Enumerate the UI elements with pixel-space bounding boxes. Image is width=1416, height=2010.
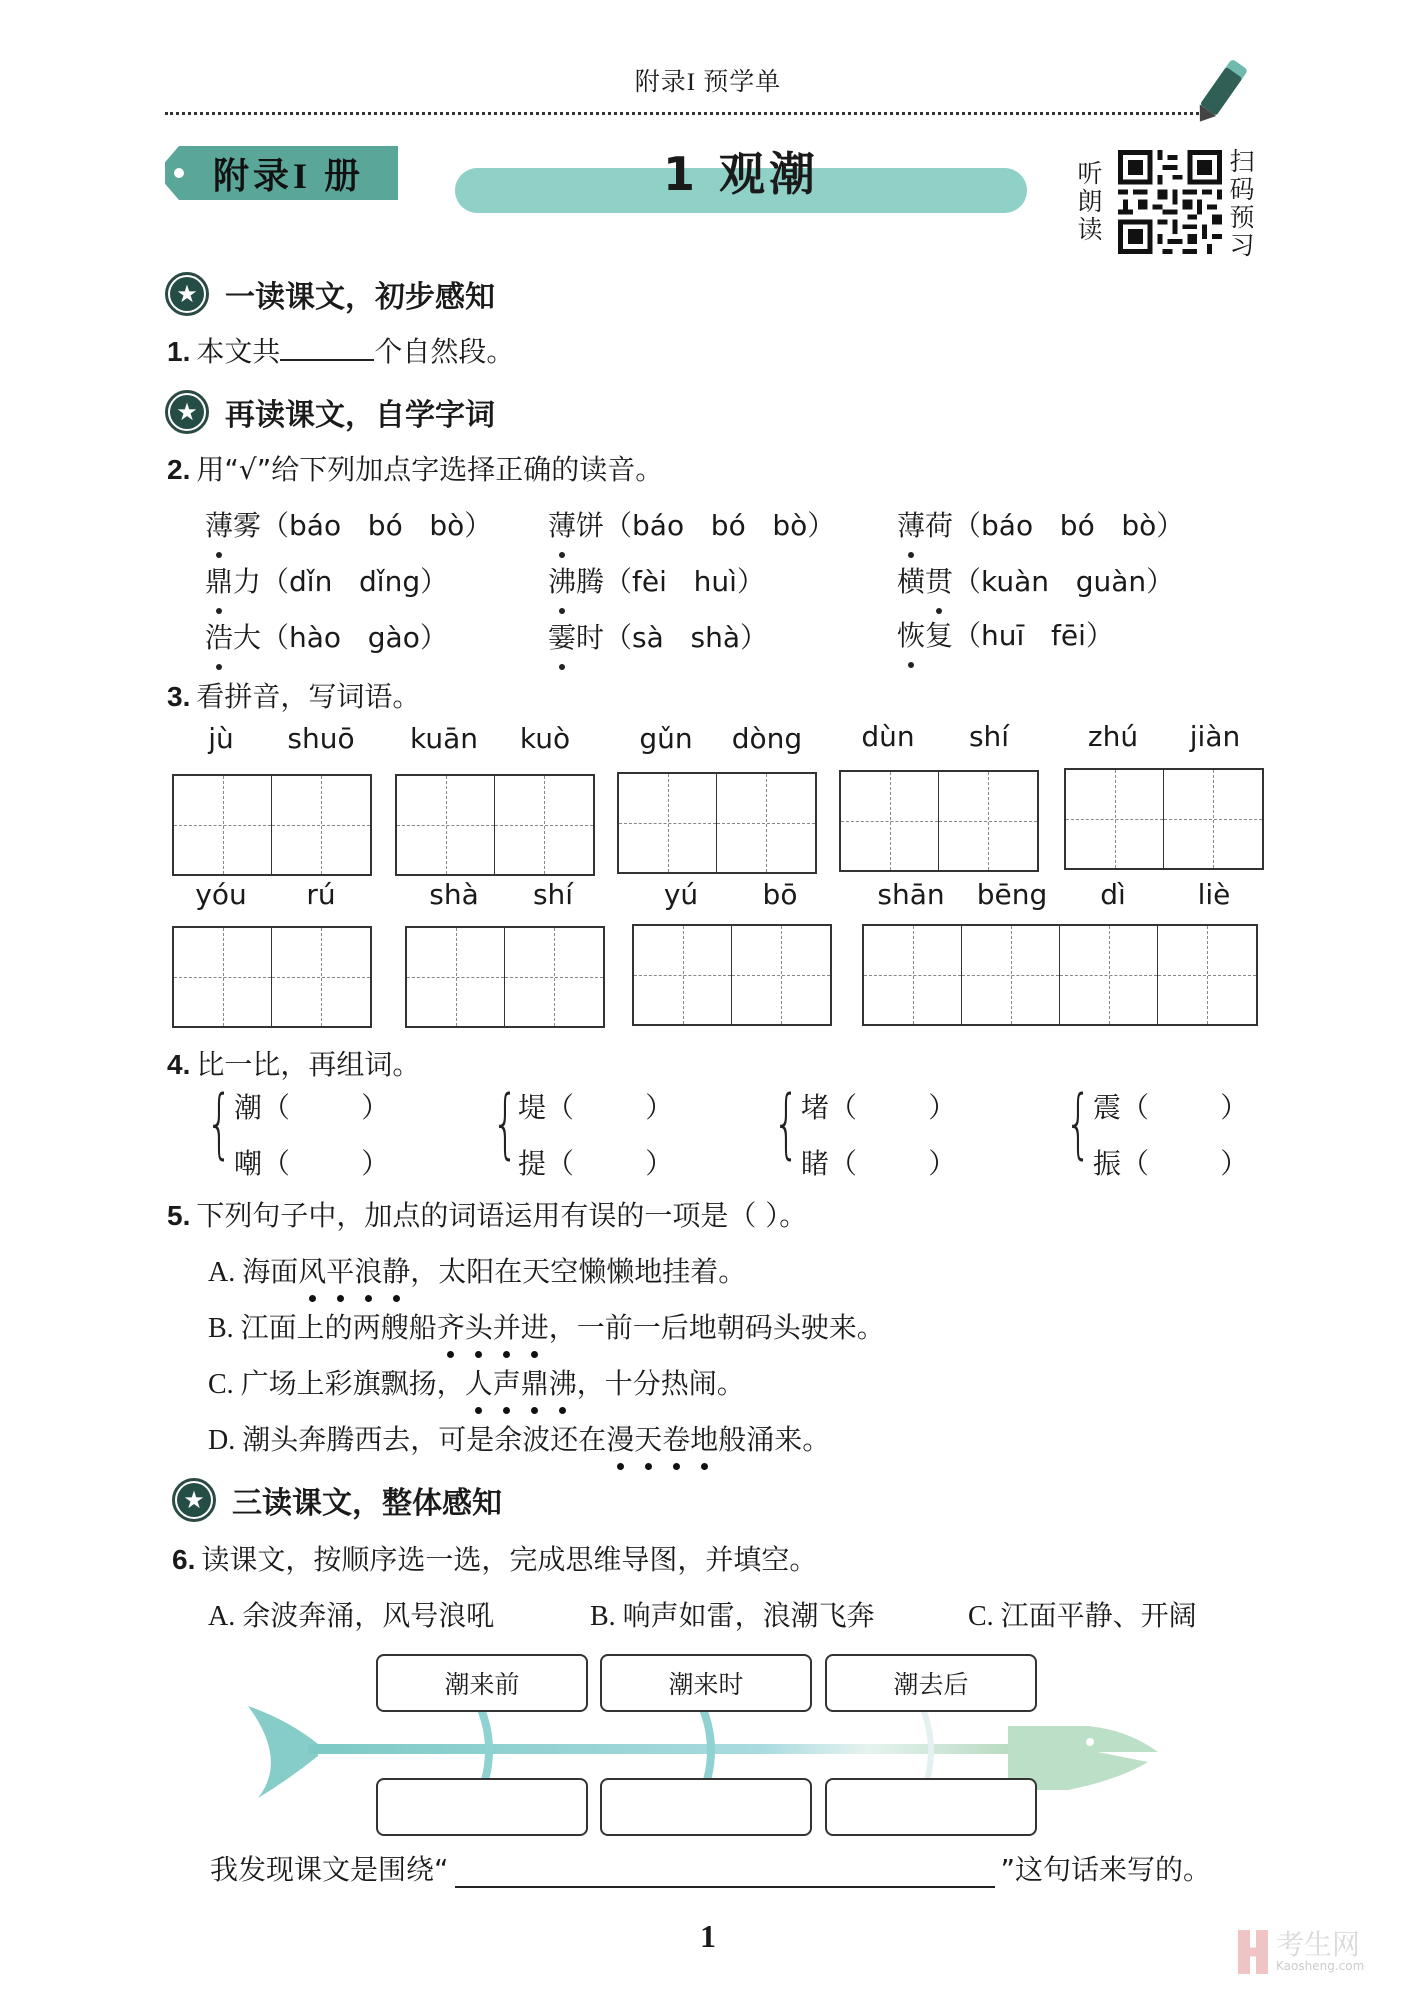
volume-tag: 附录I 册 — [165, 146, 398, 200]
pinyin-options: （kuàn guàn） — [953, 565, 1174, 598]
writing-cell[interactable] — [272, 928, 370, 1026]
word-pair-bottom[interactable]: 睹（ ） — [801, 1142, 956, 1182]
dotted-char: 恢 — [897, 619, 925, 652]
writing-cell[interactable] — [1066, 770, 1164, 868]
pronunciation-item[interactable]: 沸腾（fèi huì） — [548, 560, 765, 600]
pronunciation-item[interactable]: 薄雾（báo bó bò） — [205, 504, 492, 544]
header-divider — [165, 112, 1210, 115]
option-text: D. 潮头奔腾西去，可是余波还在 — [208, 1425, 606, 1456]
pinyin-label: dùn — [839, 720, 937, 753]
word-pair-top[interactable]: 堤（ ） — [518, 1086, 673, 1126]
pronunciation-item[interactable]: 薄荷（báo bó bò） — [897, 504, 1184, 544]
writing-grid[interactable] — [172, 926, 372, 1028]
dotted-char: 浩 — [205, 621, 233, 654]
question-6: 6.读课文，按顺序选一选，完成思维导图，并填空。 — [172, 1538, 817, 1578]
word-pair-top[interactable]: 震（ ） — [1093, 1086, 1248, 1126]
question-number: 1. — [167, 336, 190, 367]
emphasized-phrase: 风平浪静 — [298, 1257, 410, 1288]
dotted-char: 霎 — [548, 621, 576, 654]
question-number: 2. — [167, 454, 190, 485]
pinyin-options: （báo bó bò） — [953, 509, 1184, 542]
pronunciation-item[interactable]: 浩大（hào gào） — [205, 616, 448, 656]
pinyin-options: （fèi huì） — [604, 565, 765, 598]
section-heading-3: ★ 三读课文，整体感知 — [172, 1478, 502, 1522]
question-number: 3. — [167, 681, 190, 712]
pinyin-label: dì — [1064, 878, 1162, 911]
star-badge-icon: ★ — [165, 390, 209, 434]
question-number: 4. — [167, 1049, 190, 1080]
pinyin-label: shà — [405, 878, 503, 911]
question-text: 看拼音，写词语。 — [196, 680, 420, 713]
question-text: 下列句子中，加点的词语运用有误的一项是（ ）。 — [196, 1199, 807, 1232]
writing-cell[interactable] — [272, 776, 370, 874]
star-badge-icon: ★ — [165, 272, 209, 316]
question-text: 个自然段。 — [374, 335, 514, 368]
summary-suffix: ”这句话来写的。 — [1001, 1853, 1212, 1886]
word-pair-top[interactable]: 堵（ ） — [801, 1086, 956, 1126]
summary-prefix: 我发现课文是围绕“ — [210, 1853, 449, 1886]
option-text: ，十分热闹。 — [577, 1369, 745, 1400]
writing-cell[interactable] — [1158, 926, 1256, 1024]
brace-icon: { — [1065, 1078, 1092, 1168]
dotted-char: 鼎 — [205, 565, 233, 598]
pinyin-label: shuō — [272, 722, 370, 755]
writing-grid[interactable] — [1064, 768, 1264, 870]
tag-hole — [174, 168, 184, 178]
pinyin-options: （dǐn dǐng） — [261, 565, 448, 598]
dotted-char: 薄 — [548, 509, 576, 542]
running-header: 附录I 预学单 — [0, 62, 1416, 98]
watermark-logo-icon — [1238, 1930, 1268, 1974]
option-d[interactable]: D. 潮头奔腾西去，可是余波还在漫天卷地般涌来。 — [208, 1418, 830, 1458]
writing-cell[interactable] — [174, 928, 272, 1026]
summary-answer-blank[interactable] — [455, 1858, 995, 1888]
word-pair-bottom[interactable]: 提（ ） — [518, 1142, 673, 1182]
section-title: 一读课文，初步感知 — [225, 272, 495, 316]
volume-tag-label: 附录I 册 — [213, 148, 364, 199]
qr-listen-label: 听朗读 — [1076, 160, 1104, 244]
question-text: 比一比，再组词。 — [196, 1048, 420, 1081]
pronunciation-item[interactable]: 横贯（kuàn guàn） — [897, 560, 1174, 600]
option-c[interactable]: C. 广场上彩旗飘扬，人声鼎沸，十分热闹。 — [208, 1362, 745, 1402]
writing-cell[interactable] — [397, 776, 495, 874]
pinyin-label: jiàn — [1166, 720, 1264, 753]
word-pair-bottom[interactable]: 嘲（ ） — [234, 1142, 389, 1182]
question-text: 用“√”给下列加点字选择正确的读音。 — [196, 453, 663, 486]
watermark-url: Kaosheng.com — [1276, 1959, 1364, 1973]
writing-cell[interactable] — [634, 926, 732, 1024]
mindmap-stage-after: 潮去后 — [825, 1654, 1037, 1712]
question-text: 读课文，按顺序选一选，完成思维导图，并填空。 — [201, 1543, 817, 1576]
qr-code-icon[interactable] — [1118, 150, 1222, 254]
writing-cell[interactable] — [1164, 770, 1262, 868]
mindmap-answer-box[interactable] — [600, 1778, 812, 1836]
question-text: 本文共 — [196, 335, 280, 368]
qr-scan-label: 扫码预习 — [1228, 148, 1256, 260]
pronunciation-item[interactable]: 霎时（sà shà） — [548, 616, 768, 656]
summary-sentence: 我发现课文是围绕“”这句话来写的。 — [210, 1848, 1211, 1888]
pinyin-label: kuò — [496, 722, 594, 755]
brace-icon: { — [492, 1078, 519, 1168]
section-heading-2: ★ 再读课文，自学字词 — [165, 390, 495, 434]
pinyin-options: （huī fēi） — [953, 619, 1114, 652]
dotted-char: 沸 — [548, 565, 576, 598]
pinyin-label: bō — [731, 878, 829, 911]
pinyin-options: （báo bó bò） — [261, 509, 492, 542]
emphasized-phrase: 漫天卷地 — [606, 1425, 718, 1456]
writing-cell[interactable] — [174, 776, 272, 874]
writing-cell[interactable] — [962, 926, 1060, 1024]
option-text: ，一前一后地朝码头驶来。 — [549, 1313, 885, 1344]
option-text: 般涌来。 — [718, 1425, 830, 1456]
pinyin-options: （báo bó bò） — [604, 509, 835, 542]
writing-grid[interactable] — [405, 926, 605, 1028]
pinyin-options: （hào gào） — [261, 621, 448, 654]
question-number: 6. — [172, 1544, 195, 1575]
option-a[interactable]: A. 海面风平浪静，太阳在天空懒懒地挂着。 — [208, 1250, 746, 1290]
option-text: A. 海面 — [208, 1257, 298, 1288]
writing-grid[interactable] — [617, 772, 817, 874]
writing-cell[interactable] — [841, 772, 939, 870]
writing-cell[interactable] — [732, 926, 830, 1024]
question-number: 5. — [167, 1200, 190, 1231]
writing-grid[interactable] — [632, 924, 832, 1026]
writing-cell[interactable] — [1060, 926, 1158, 1024]
writing-cell[interactable] — [495, 776, 593, 874]
question-4: 4.比一比，再组词。 — [167, 1043, 420, 1083]
pronunciation-item[interactable]: 鼎力（dǐn dǐng） — [205, 560, 448, 600]
answer-blank[interactable] — [280, 335, 374, 361]
question-3: 3.看拼音，写词语。 — [167, 675, 420, 715]
pinyin-label: liè — [1165, 878, 1263, 911]
pinyin-label: zhú — [1064, 720, 1162, 753]
choice-c: C. 江面平静、开阔 — [968, 1594, 1197, 1634]
pinyin-label: kuān — [395, 722, 493, 755]
section-title: 三读课文，整体感知 — [232, 1478, 502, 1522]
mindmap-stage-before: 潮来前 — [376, 1654, 588, 1712]
question-1: 1.本文共个自然段。 — [167, 330, 514, 370]
pinyin-label: bēng — [963, 878, 1061, 911]
option-text: B. 江面上的两艘船 — [208, 1313, 437, 1344]
word-pair-top[interactable]: 潮（ ） — [234, 1086, 389, 1126]
pinyin-label: gǔn — [617, 722, 715, 755]
writing-grid[interactable] — [839, 770, 1039, 872]
choice-a: A. 余波奔涌，风号浪吼 — [208, 1594, 494, 1634]
star-badge-icon: ★ — [172, 1478, 216, 1522]
writing-cell[interactable] — [505, 928, 603, 1026]
mindmap-stage-during: 潮来时 — [600, 1654, 812, 1712]
option-text: C. 广场上彩旗飘扬， — [208, 1369, 465, 1400]
word-pair-bottom[interactable]: 振（ ） — [1093, 1142, 1248, 1182]
writing-cell[interactable] — [717, 774, 815, 872]
pinyin-label: shí — [504, 878, 602, 911]
option-b[interactable]: B. 江面上的两艘船齐头并进，一前一后地朝码头驶来。 — [208, 1306, 885, 1346]
writing-grid[interactable] — [172, 774, 372, 876]
question-2: 2.用“√”给下列加点字选择正确的读音。 — [167, 448, 663, 488]
page-number: 1 — [0, 1918, 1416, 1955]
option-text: ，太阳在天空懒懒地挂着。 — [410, 1257, 746, 1288]
pronunciation-item[interactable]: 恢复（huī fēi） — [897, 614, 1114, 654]
pinyin-label: yóu — [172, 878, 270, 911]
watermark: 考生网 Kaosheng.com — [1238, 1930, 1364, 1974]
writing-grid[interactable] — [395, 774, 595, 876]
pinyin-options: （sà shà） — [604, 621, 768, 654]
choice-b: B. 响声如雷，浪潮飞奔 — [590, 1594, 875, 1634]
brace-icon: { — [773, 1078, 800, 1168]
dotted-char: 薄 — [897, 509, 925, 542]
writing-cell[interactable] — [864, 926, 962, 1024]
pinyin-label: yú — [632, 878, 730, 911]
writing-cell[interactable] — [619, 774, 717, 872]
writing-cell[interactable] — [939, 772, 1037, 870]
pinyin-label: jù — [172, 722, 270, 755]
section-title: 再读课文，自学字词 — [225, 390, 495, 434]
dotted-char: 薄 — [205, 509, 233, 542]
pinyin-label: rú — [272, 878, 370, 911]
emphasized-phrase: 齐头并进 — [437, 1313, 549, 1344]
mindmap-answer-box[interactable] — [376, 1778, 588, 1836]
pinyin-label: dòng — [718, 722, 816, 755]
section-heading-1: ★ 一读课文，初步感知 — [165, 272, 495, 316]
emphasized-phrase: 人声鼎沸 — [465, 1369, 577, 1400]
brace-icon: { — [206, 1078, 233, 1168]
writing-grid[interactable] — [862, 924, 1258, 1026]
mindmap-answer-box[interactable] — [825, 1778, 1037, 1836]
dotted-char: 贯 — [925, 565, 953, 598]
lesson-title: 1 观潮 — [455, 138, 1027, 204]
watermark-text: 考生网 — [1276, 1931, 1364, 1959]
pinyin-label: shí — [940, 720, 1038, 753]
pronunciation-item[interactable]: 薄饼（báo bó bò） — [548, 504, 835, 544]
writing-cell[interactable] — [407, 928, 505, 1026]
question-5: 5.下列句子中，加点的词语运用有误的一项是（ ）。 — [167, 1194, 807, 1234]
pinyin-label: shān — [862, 878, 960, 911]
